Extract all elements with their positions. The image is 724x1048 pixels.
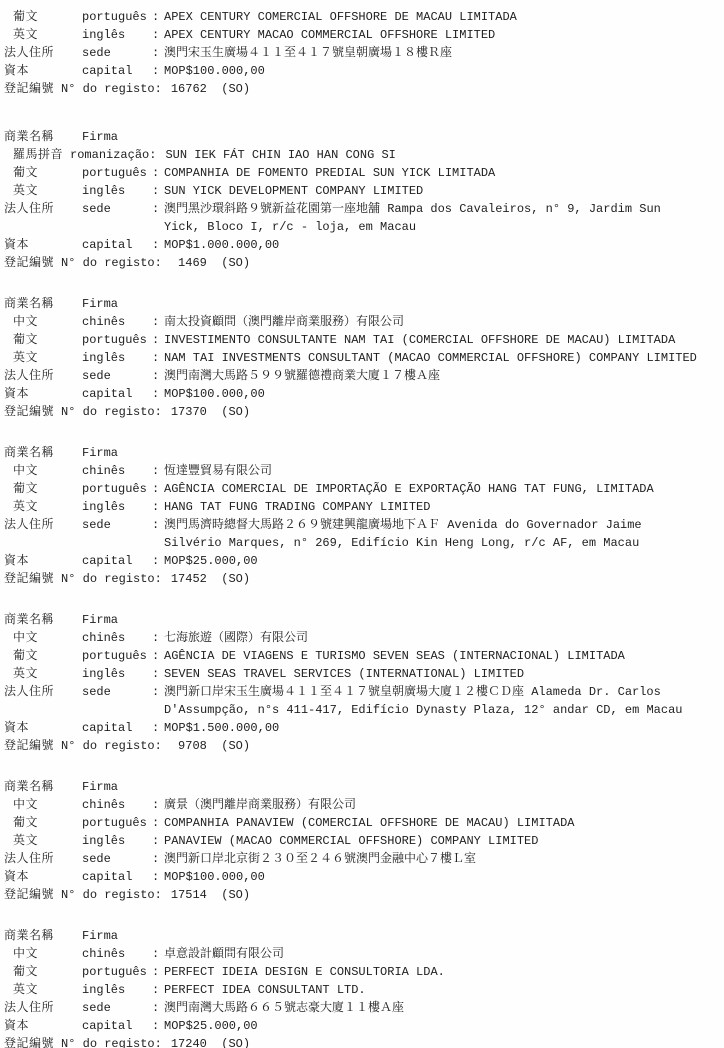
field-value: 17240 (SO) [171,1035,722,1048]
label-pt: inglês [82,665,152,683]
label-pt: capital [82,236,152,254]
colon-separator: : [152,331,164,349]
field-value: SEVEN SEAS TRAVEL SERVICES (INTERNATIONA… [164,665,722,683]
colon-separator: : [152,647,164,665]
field-value: SUN IEK FÁT CHIN IAO HAN CONG SI [165,146,722,164]
company-record: 商業名稱 Firma 中文 chinês : 廣景（澳門離岸商業服務）有限公司 … [4,778,722,904]
record-row: 葡文 português : COMPANHIA PANAVIEW (COMER… [4,814,722,832]
label-zh: 法人住所 [4,850,82,868]
colon-separator: : [152,963,164,981]
label-zh: 法人住所 [4,200,82,218]
field-value: COMPANHIA PANAVIEW (COMERCIAL OFFSHORE D… [164,814,722,832]
colon-separator: : [152,665,164,683]
label-pt: capital [82,385,152,403]
label-pt: português [82,164,152,182]
record-row: 資本 capital : MOP$1.000.000,00 [4,236,722,254]
colon-separator: : [152,480,164,498]
colon-separator: : [152,367,164,385]
field-value: 澳門南灣大馬路５９９號羅德禮商業大廈１７樓Ａ座 [164,367,722,385]
field-value: SUN YICK DEVELOPMENT COMPANY LIMITED [164,182,722,200]
label-pt: N° do registo: [61,403,162,421]
record-row: 中文 chinês : 卓意設計顧問有限公司 [4,945,722,963]
field-value: PERFECT IDEIA DESIGN E CONSULTORIA LDA. [164,963,722,981]
field-value: INVESTIMENTO CONSULTANTE NAM TAI (COMERC… [164,331,722,349]
label-pt: Firma [82,295,152,313]
field-value: 七海旅遊（國際）有限公司 [164,629,722,647]
field-value: 17452 (SO) [171,570,722,588]
label-zh: 資本 [4,1017,82,1035]
colon-separator: : [152,8,164,26]
record-row: 法人住所 sede : 澳門南灣大馬路５９９號羅德禮商業大廈１７樓Ａ座 [4,367,722,385]
label-pt: sede [82,999,152,1017]
label-pt: N° do registo: [61,886,162,904]
record-row: 法人住所 sede : 澳門南灣大馬路６６５號志豪大廈１１樓Ａ座 [4,999,722,1017]
record-row: 商業名稱 Firma [4,927,722,945]
field-value: 16762 (SO) [171,80,722,98]
label-zh: 中文 [4,945,82,963]
label-zh: 葡文 [4,480,82,498]
label-pt: Firma [82,611,152,629]
label-pt: inglês [82,182,152,200]
label-pt: N° do registo: [61,254,162,272]
label-zh: 中文 [4,796,82,814]
label-pt: inglês [82,26,152,44]
record-row: 英文 inglês : SUN YICK DEVELOPMENT COMPANY… [4,182,722,200]
label-zh: 登記編號 [4,80,54,98]
field-value: 澳門新口岸北京街２３０至２４６號澳門金融中心７樓Ｌ室 [164,850,722,868]
record-row: 登記編號 N° do registo: 17240 (SO) [4,1035,722,1048]
company-record: 商業名稱 Firma 中文 chinês : 恆達豐貿易有限公司 葡文 port… [4,444,722,588]
field-value: 1469 (SO) [171,254,722,272]
field-value: APEX CENTURY COMERCIAL OFFSHORE DE MACAU… [164,8,722,26]
label-pt: Firma [82,927,152,945]
label-zh: 登記編號 [4,254,54,272]
label-pt: N° do registo: [61,1035,162,1048]
record-row: 登記編號 N° do registo: 17514 (SO) [4,886,722,904]
records: 葡文 português : APEX CENTURY COMERCIAL OF… [0,0,724,1048]
label-pt: N° do registo: [61,80,162,98]
record-row: 登記編號 N° do registo: 17370 (SO) [4,403,722,421]
field-value: PANAVIEW (MACAO COMMERCIAL OFFSHORE) COM… [164,832,722,850]
field-value: APEX CENTURY MACAO COMMERCIAL OFFSHORE L… [164,26,722,44]
field-value: HANG TAT FUNG TRADING COMPANY LIMITED [164,498,722,516]
label-zh: 英文 [4,832,82,850]
label-pt: inglês [82,981,152,999]
colon-separator: : [152,629,164,647]
label-zh: 商業名稱 [4,128,82,146]
colon-separator: : [152,868,164,886]
record-row: 資本 capital : MOP$25.000,00 [4,552,722,570]
record-row: 商業名稱 Firma [4,444,722,462]
colon-separator: : [152,62,164,80]
label-zh: 法人住所 [4,516,82,534]
colon-separator: : [152,349,164,367]
field-value: 17514 (SO) [171,886,722,904]
colon-separator: : [152,683,164,701]
field-value: 9708 (SO) [171,737,722,755]
field-value: COMPANHIA DE FOMENTO PREDIAL SUN YICK LI… [164,164,722,182]
record-row: 羅馬拼音 romanização: SUN IEK FÁT CHIN IAO H… [4,146,722,164]
record-row: 資本 capital : MOP$100.000,00 [4,385,722,403]
label-pt: português [82,814,152,832]
label-pt: chinês [82,462,152,480]
colon-separator: : [152,182,164,200]
record-row: 葡文 português : INVESTIMENTO CONSULTANTE … [4,331,722,349]
label-pt: N° do registo: [61,737,162,755]
label-zh: 英文 [4,665,82,683]
label-zh: 登記編號 [4,403,54,421]
colon-separator: : [152,832,164,850]
label-pt: Firma [82,444,152,462]
record-row: 商業名稱 Firma [4,778,722,796]
label-pt: português [82,647,152,665]
label-zh: 資本 [4,552,82,570]
record-row: 登記編號 N° do registo: 17452 (SO) [4,570,722,588]
record-row: 法人住所 sede : 澳門宋玉生廣場４１１至４１７號皇朝廣場１８樓Ｒ座 [4,44,722,62]
label-pt: chinês [82,945,152,963]
field-value: AGÊNCIA DE VIAGENS E TURISMO SEVEN SEAS … [164,647,722,665]
label-pt: Firma [82,128,152,146]
record-row: 法人住所 sede : 澳門新口岸宋玉生廣場４１１至４１７號皇朝廣場大廈１２樓Ｃ… [4,683,722,719]
record-row: 資本 capital : MOP$100.000,00 [4,62,722,80]
colon-separator: : [152,850,164,868]
label-pt: Firma [82,778,152,796]
label-zh: 資本 [4,719,82,737]
label-pt: sede [82,44,152,62]
field-value: MOP$100.000,00 [164,62,722,80]
field-value: MOP$1.000.000,00 [164,236,722,254]
label-pt: capital [82,62,152,80]
colon-separator: : [152,814,164,832]
colon-separator: : [152,164,164,182]
record-row: 法人住所 sede : 澳門馬濟時總督大馬路２６９號建興龍廣場地下ＡＦ Aven… [4,516,722,552]
label-pt: capital [82,719,152,737]
label-zh: 葡文 [4,164,82,182]
colon-separator: : [152,26,164,44]
label-zh: 資本 [4,236,82,254]
label-zh: 法人住所 [4,683,82,701]
label-zh: 商業名稱 [4,927,82,945]
record-row: 商業名稱 Firma [4,295,722,313]
record-row: 資本 capital : MOP$100.000,00 [4,868,722,886]
colon-separator: : [152,200,164,218]
field-value: 澳門宋玉生廣場４１１至４１７號皇朝廣場１８樓Ｒ座 [164,44,722,62]
colon-separator: : [152,796,164,814]
colon-separator: : [152,236,164,254]
label-zh: 商業名稱 [4,295,82,313]
label-pt: romanização: [70,146,156,164]
field-value: MOP$100.000,00 [164,385,722,403]
field-value: AGÊNCIA COMERCIAL DE IMPORTAÇÃO E EXPORT… [164,480,722,498]
label-pt: chinês [82,629,152,647]
label-pt: inglês [82,498,152,516]
field-value: MOP$25.000,00 [164,552,722,570]
colon-separator: : [152,719,164,737]
label-zh: 資本 [4,385,82,403]
label-zh: 英文 [4,182,82,200]
label-zh: 英文 [4,498,82,516]
record-row: 英文 inglês : PANAVIEW (MACAO COMMERCIAL O… [4,832,722,850]
label-zh: 法人住所 [4,999,82,1017]
record-row: 葡文 português : AGÊNCIA DE VIAGENS E TURI… [4,647,722,665]
company-record: 葡文 português : APEX CENTURY COMERCIAL OF… [4,8,722,98]
record-row: 英文 inglês : APEX CENTURY MACAO COMMERCIA… [4,26,722,44]
label-zh: 商業名稱 [4,611,82,629]
label-pt: capital [82,552,152,570]
label-zh: 登記編號 [4,1035,54,1048]
field-value: 廣景（澳門離岸商業服務）有限公司 [164,796,722,814]
record-row: 登記編號 N° do registo: 16762 (SO) [4,80,722,98]
label-zh: 登記編號 [4,737,54,755]
record-row: 英文 inglês : HANG TAT FUNG TRADING COMPAN… [4,498,722,516]
record-row: 英文 inglês : PERFECT IDEA CONSULTANT LTD. [4,981,722,999]
field-value: 南太投資顧問（澳門離岸商業服務）有限公司 [164,313,722,331]
company-record: 商業名稱 Firma 中文 chinês : 卓意設計顧問有限公司 葡文 por… [4,927,722,1048]
label-zh: 葡文 [4,8,82,26]
company-record: 商業名稱 Firma 中文 chinês : 七海旅遊（國際）有限公司 葡文 p… [4,611,722,755]
colon-separator: : [152,999,164,1017]
label-pt: português [82,480,152,498]
label-zh: 葡文 [4,814,82,832]
label-zh: 法人住所 [4,367,82,385]
field-value: MOP$25.000,00 [164,1017,722,1035]
record-row: 資本 capital : MOP$1.500.000,00 [4,719,722,737]
field-value: 澳門馬濟時總督大馬路２６９號建興龍廣場地下ＡＦ Avenida do Gover… [164,516,722,552]
label-zh: 葡文 [4,647,82,665]
record-row: 英文 inglês : SEVEN SEAS TRAVEL SERVICES (… [4,665,722,683]
field-value: 澳門南灣大馬路６６５號志豪大廈１１樓Ａ座 [164,999,722,1017]
field-value: 澳門黑沙環斜路９號新益花園第一座地舖 Rampa dos Cavaleiros,… [164,200,722,236]
record-row: 葡文 português : PERFECT IDEIA DESIGN E CO… [4,963,722,981]
label-pt: sede [82,850,152,868]
colon-separator: : [152,552,164,570]
record-row: 商業名稱 Firma [4,128,722,146]
record-row: 中文 chinês : 廣景（澳門離岸商業服務）有限公司 [4,796,722,814]
label-pt: sede [82,367,152,385]
field-value: 澳門新口岸宋玉生廣場４１１至４１７號皇朝廣場大廈１２樓ＣＤ座 Alameda D… [164,683,722,719]
record-row: 中文 chinês : 七海旅遊（國際）有限公司 [4,629,722,647]
label-zh: 商業名稱 [4,778,82,796]
record-row: 法人住所 sede : 澳門新口岸北京街２３０至２４６號澳門金融中心７樓Ｌ室 [4,850,722,868]
field-value: 卓意設計顧問有限公司 [164,945,722,963]
colon-separator: : [152,44,164,62]
label-zh: 法人住所 [4,44,82,62]
colon-separator: : [152,498,164,516]
label-zh: 中文 [4,313,82,331]
record-row: 中文 chinês : 南太投資顧問（澳門離岸商業服務）有限公司 [4,313,722,331]
label-zh: 葡文 [4,963,82,981]
record-row: 登記編號 N° do registo: 1469 (SO) [4,254,722,272]
label-pt: inglês [82,832,152,850]
label-pt: português [82,8,152,26]
record-row: 中文 chinês : 恆達豐貿易有限公司 [4,462,722,480]
colon-separator: : [152,516,164,534]
record-row: 葡文 português : APEX CENTURY COMERCIAL OF… [4,8,722,26]
label-pt: sede [82,200,152,218]
label-zh: 英文 [4,981,82,999]
colon-separator: : [152,1017,164,1035]
company-record: 商業名稱 Firma 羅馬拼音 romanização: SUN IEK FÁT… [4,128,722,272]
field-value: MOP$1.500.000,00 [164,719,722,737]
record-row: 資本 capital : MOP$25.000,00 [4,1017,722,1035]
label-pt: inglês [82,349,152,367]
label-pt: sede [82,516,152,534]
colon-separator: : [152,385,164,403]
field-value: NAM TAI INVESTMENTS CONSULTANT (MACAO CO… [164,349,722,367]
record-row: 葡文 português : AGÊNCIA COMERCIAL DE IMPO… [4,480,722,498]
record-row: 登記編號 N° do registo: 9708 (SO) [4,737,722,755]
label-pt: português [82,331,152,349]
registry-document-page: 葡文 português : APEX CENTURY COMERCIAL OF… [0,0,724,1048]
label-zh: 資本 [4,868,82,886]
label-zh: 葡文 [4,331,82,349]
label-zh: 中文 [4,629,82,647]
label-pt: sede [82,683,152,701]
colon-separator: : [152,313,164,331]
colon-separator: : [152,462,164,480]
record-row: 商業名稱 Firma [4,611,722,629]
label-pt: capital [82,1017,152,1035]
field-value: 恆達豐貿易有限公司 [164,462,722,480]
label-pt: capital [82,868,152,886]
label-pt: N° do registo: [61,570,162,588]
label-pt: português [82,963,152,981]
record-row: 法人住所 sede : 澳門黑沙環斜路９號新益花園第一座地舖 Rampa dos… [4,200,722,236]
label-zh: 登記編號 [4,886,54,904]
label-zh: 英文 [4,349,82,367]
record-row: 英文 inglês : NAM TAI INVESTMENTS CONSULTA… [4,349,722,367]
label-pt: chinês [82,313,152,331]
label-zh: 商業名稱 [4,444,82,462]
label-zh: 羅馬拼音 [4,146,63,164]
label-pt: chinês [82,796,152,814]
field-value: 17370 (SO) [171,403,722,421]
field-value: MOP$100.000,00 [164,868,722,886]
label-zh: 登記編號 [4,570,54,588]
record-row: 葡文 português : COMPANHIA DE FOMENTO PRED… [4,164,722,182]
field-value: PERFECT IDEA CONSULTANT LTD. [164,981,722,999]
colon-separator: : [152,981,164,999]
label-zh: 英文 [4,26,82,44]
label-zh: 資本 [4,62,82,80]
colon-separator: : [152,945,164,963]
label-zh: 中文 [4,462,82,480]
company-record: 商業名稱 Firma 中文 chinês : 南太投資顧問（澳門離岸商業服務）有… [4,295,722,421]
